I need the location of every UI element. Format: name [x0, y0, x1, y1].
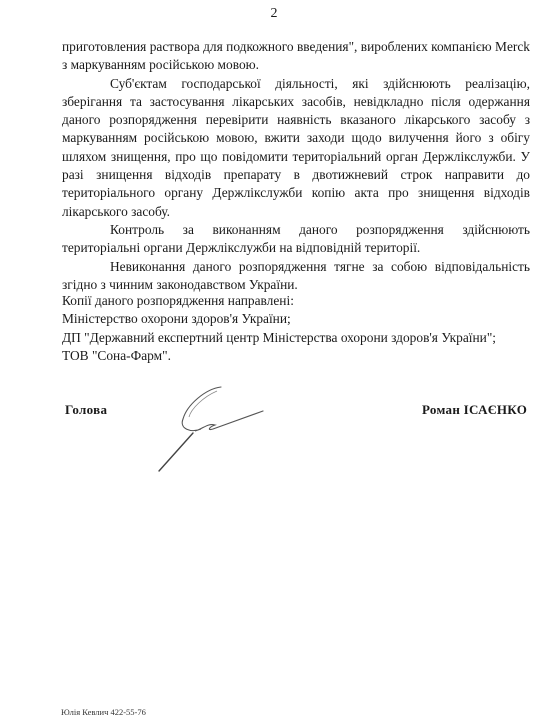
signature-icon [145, 383, 265, 473]
copies-list: Копії даного розпорядження направлені: М… [62, 292, 542, 365]
paragraph: Контроль за виконанням даного розпорядже… [62, 221, 530, 258]
copies-recipient: ДП "Державний експертний центр Міністерс… [62, 329, 542, 347]
document-body: приготовления раствора для подкожного вв… [62, 38, 530, 294]
paragraph: приготовления раствора для подкожного вв… [62, 38, 530, 75]
copies-recipient: Міністерство охорони здоров'я України; [62, 310, 542, 328]
paragraph: Суб'єктам господарської діяльності, які … [62, 75, 530, 221]
signatory-name: Роман ІСАЄНКО [422, 402, 527, 418]
page-number: 2 [0, 6, 548, 22]
executor-contact: Юлія Кевлич 422-55-76 [61, 707, 146, 717]
signatory-title: Голова [65, 402, 107, 418]
copies-recipient: ТОВ "Сона-Фарм". [62, 347, 542, 365]
copies-heading: Копії даного розпорядження направлені: [62, 292, 542, 310]
paragraph: Невиконання даного розпорядження тягне з… [62, 258, 530, 295]
